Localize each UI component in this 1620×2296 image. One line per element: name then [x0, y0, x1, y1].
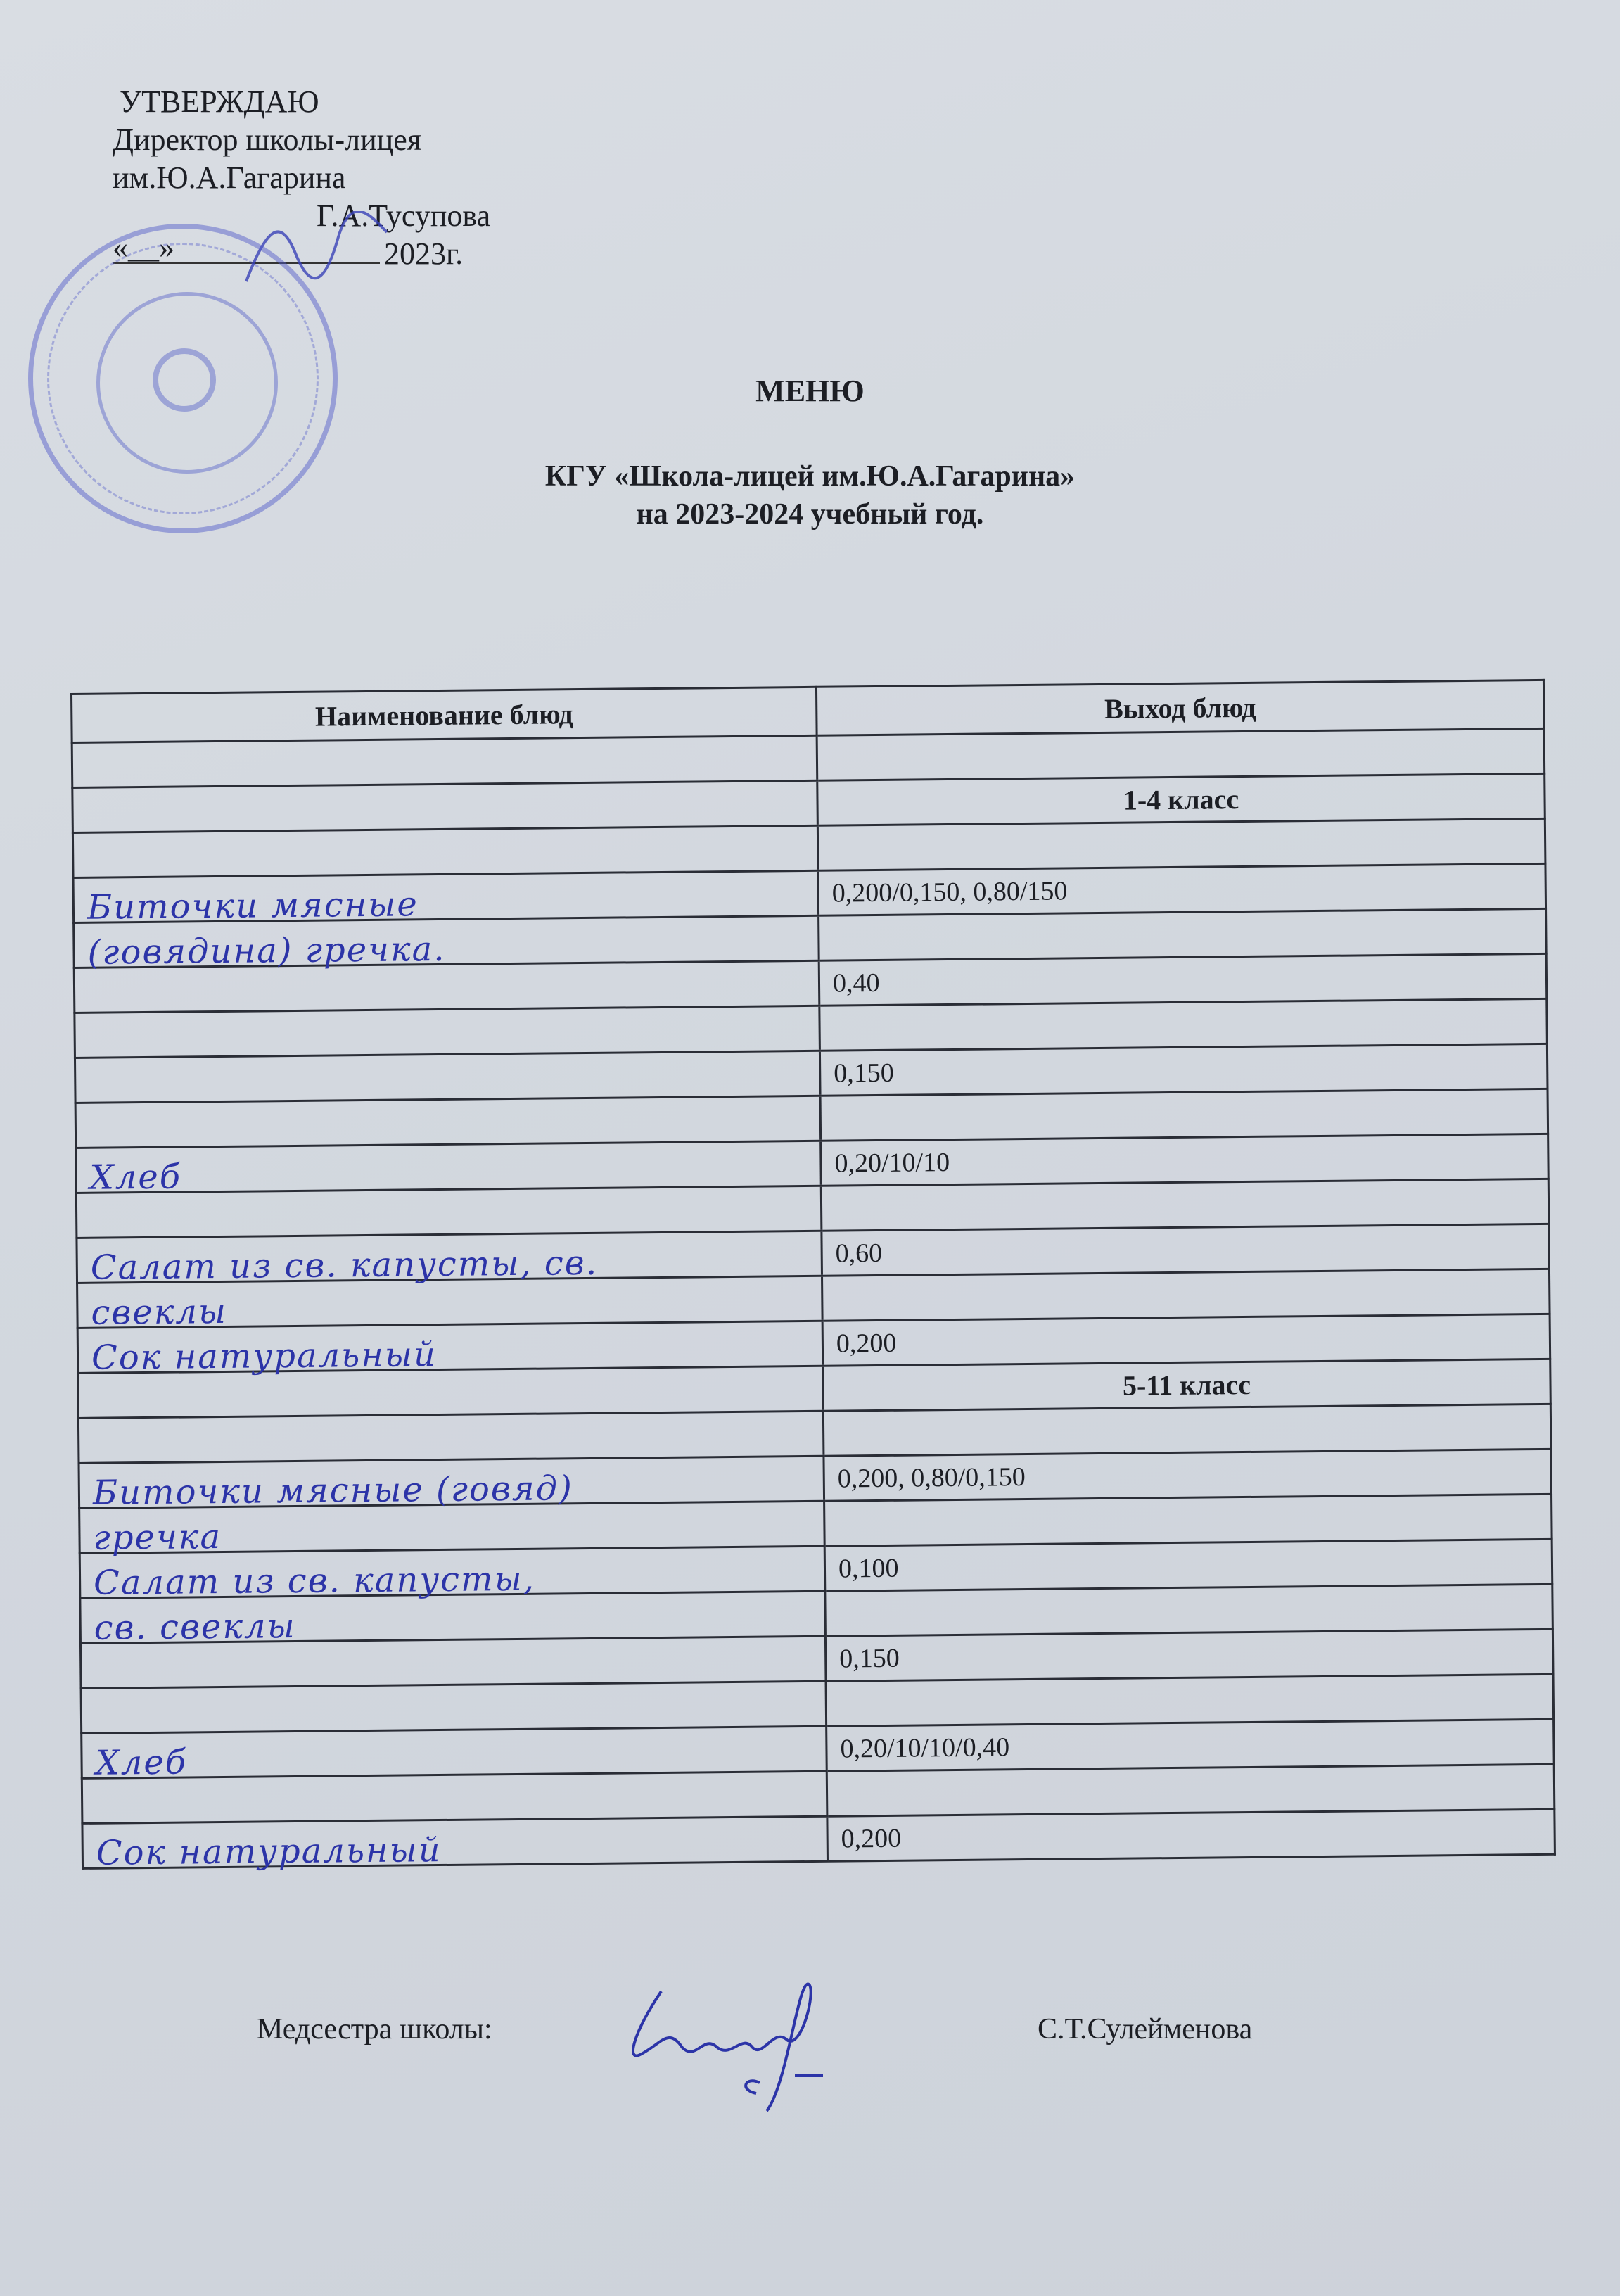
portion-cell — [826, 1674, 1554, 1726]
handwritten-dish-name: Хлеб — [95, 1742, 187, 1782]
header-portion: Выход блюд — [816, 680, 1544, 735]
menu-table-body: 1-4 классБиточки мясные0,200/0,150, 0,80… — [72, 728, 1555, 1868]
portion-cell: 0,20/10/10 — [821, 1134, 1549, 1186]
director-position: Директор школы-лицея — [113, 121, 490, 159]
dish-name-cell: Сок натуральный — [82, 1816, 828, 1868]
date-year: 2023г. — [384, 236, 463, 271]
dish-name-cell — [76, 1186, 822, 1238]
dish-name-cell — [81, 1681, 827, 1733]
portion-cell: 0,100 — [824, 1539, 1552, 1591]
handwritten-dish-name: (говядина) гречка. — [87, 929, 445, 972]
handwritten-dish-name: Сок натуральный — [96, 1830, 442, 1873]
portion-cell — [820, 1089, 1548, 1141]
dish-name-cell — [75, 1096, 821, 1148]
dish-name-cell: Хлеб — [76, 1141, 822, 1193]
dish-name-cell — [78, 1411, 824, 1463]
handwritten-dish-name: Биточки мясные — [87, 884, 419, 927]
portion-cell — [823, 1404, 1551, 1456]
handwritten-dish-name: Салат из св. капусты, св. — [91, 1243, 599, 1287]
portion-cell — [819, 998, 1548, 1051]
dish-name-cell: Биточки мясные (говяд) — [79, 1456, 824, 1508]
nurse-role-label: Медсестра школы: — [257, 2013, 492, 2046]
dish-name-cell — [75, 1006, 820, 1058]
portion-cell — [825, 1584, 1553, 1636]
portion-cell — [824, 1494, 1552, 1546]
portion-cell — [819, 908, 1547, 960]
handwritten-dish-name: Хлеб — [89, 1157, 181, 1197]
dish-name-cell — [72, 825, 818, 877]
school-name-short: им.Ю.А.Гагарина — [113, 159, 490, 197]
dish-name-cell: Биточки мясные — [73, 870, 819, 922]
handwritten-dish-name: гречка — [93, 1516, 222, 1557]
handwritten-dish-name: Биточки мясные (говяд) — [93, 1469, 573, 1513]
handwritten-dish-name: свеклы — [91, 1291, 227, 1332]
portion-cell: 0,40 — [819, 953, 1547, 1006]
portion-cell: 0,20/10/10/0,40 — [827, 1719, 1555, 1771]
portion-cell: 0,200 — [822, 1314, 1550, 1366]
portion-cell: 0,60 — [822, 1224, 1550, 1276]
approval-heading: УТВЕРЖДАЮ — [113, 83, 490, 121]
portion-cell — [817, 728, 1545, 780]
portion-cell: 0,150 — [819, 1044, 1548, 1096]
org-name: КГУ «Школа-лицей им.Ю.А.Гагарина» — [0, 457, 1620, 495]
class-group-label: 1-4 класс — [817, 773, 1545, 825]
portion-cell: 0,200 — [827, 1809, 1555, 1861]
dish-name-cell — [75, 1051, 820, 1103]
document-subtitle: КГУ «Школа-лицей им.Ю.А.Гагарина» на 202… — [0, 457, 1620, 533]
portion-cell — [822, 1269, 1550, 1321]
portion-cell — [817, 818, 1545, 870]
nurse-name: С.Т.Сулейменова — [1038, 2012, 1252, 2046]
portion-cell — [827, 1764, 1555, 1816]
document-title: МЕНЮ — [0, 373, 1620, 409]
dish-name-cell: Хлеб — [82, 1726, 827, 1778]
nurse-signature — [619, 1977, 851, 2118]
header-dish-name: Наименование блюд — [72, 687, 817, 742]
portion-cell: 0,200, 0,80/0,150 — [824, 1449, 1552, 1501]
handwritten-dish-name: Салат из св. капусты, — [94, 1559, 535, 1602]
academic-year: на 2023-2024 учебный год. — [0, 495, 1620, 533]
portion-cell — [821, 1179, 1549, 1231]
dish-name-cell: Салат из св. капусты, св. — [77, 1231, 822, 1283]
footer-signoff: Медсестра школы: С.Т.Сулейменова — [257, 2012, 492, 2046]
handwritten-dish-name: св. свеклы — [94, 1606, 295, 1647]
portion-cell: 0,150 — [825, 1629, 1553, 1681]
menu-table: Наименование блюд Выход блюд 1-4 классБи… — [70, 679, 1556, 1870]
handwritten-dish-name: Сок натуральный — [91, 1335, 437, 1378]
dish-name-cell — [72, 735, 817, 787]
dish-name-cell — [72, 780, 818, 832]
class-group-label: 5-11 класс — [823, 1359, 1551, 1411]
dish-name-cell — [82, 1771, 827, 1823]
portion-cell: 0,200/0,150, 0,80/150 — [818, 863, 1546, 915]
